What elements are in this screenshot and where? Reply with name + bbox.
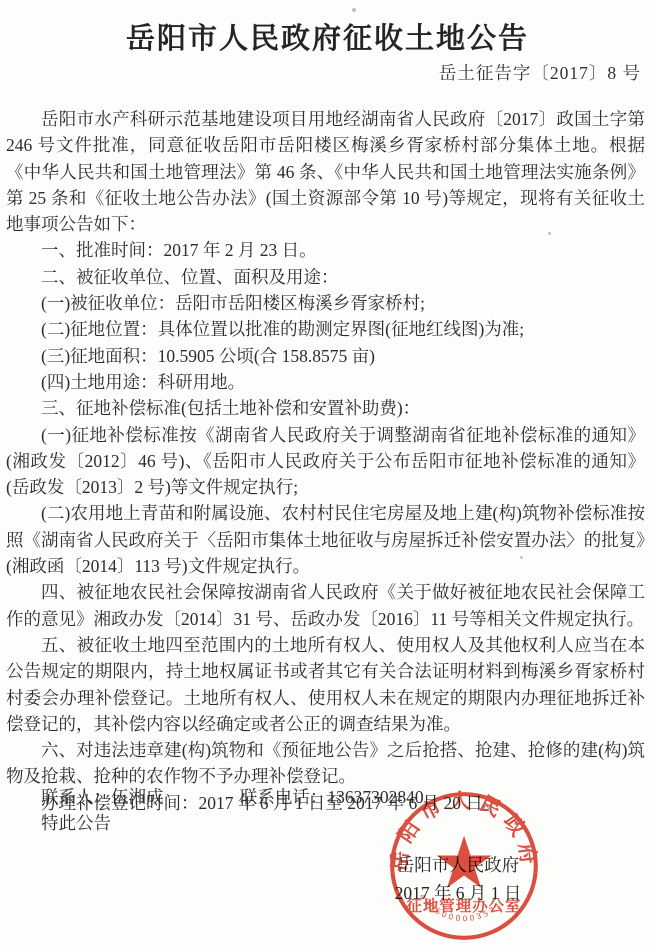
document-title: 岳阳市人民政府征收土地公告 — [0, 0, 655, 57]
body-paragraph: 岳阳市水产科研示范基地建设项目用地经湖南省人民政府〔2017〕政国土字第 246… — [6, 106, 645, 237]
document-body: 岳阳市水产科研示范基地建设项目用地经湖南省人民政府〔2017〕政国土字第 246… — [6, 106, 645, 816]
document-footer-lines: 联系人：伍湘成 联系电话：13637302840 特此公告 — [6, 784, 645, 837]
body-paragraph: 六、对违法违章建(构)筑物和《预征地公告》之后抢搭、抢建、抢修的建(构)筑物及抢… — [6, 737, 645, 790]
document-number: 岳土征告字〔2017〕8 号 — [439, 60, 641, 85]
contact-person: 联系人：伍湘成 — [41, 787, 164, 807]
body-paragraph: 三、征地补偿标准(包括土地补偿和安置补助费)： — [6, 395, 645, 421]
body-paragraph: (三)征地面积：10.5905 公顷(合 158.8575 亩) — [6, 343, 645, 369]
body-paragraph: (一)征地补偿标准按《湖南省人民政府关于调整湖南省征地补偿标准的通知》(湘政发〔… — [6, 422, 645, 501]
body-paragraph: (二)农用地上青苗和附属设施、农村村民住宅房屋及地上建(构)筑物补偿标准按照《湖… — [6, 500, 645, 579]
body-paragraph: 二、被征收单位、位置、面积及用途： — [6, 264, 645, 290]
scan-speck — [352, 8, 356, 12]
body-paragraph: 四、被征地农民社会保障按湖南省人民政府《关于做好被征地农民社会保障工作的意见》湘… — [6, 579, 645, 632]
contact-line: 联系人：伍湘成 联系电话：13637302840 — [6, 784, 645, 810]
body-paragraph: 一、批准时间：2017 年 2 月 23 日。 — [6, 237, 645, 263]
seal-star-icon: ★ — [432, 821, 496, 905]
body-paragraph: 五、被征收土地四至范围内的土地所有权人、使用权人及其他权利人应当在本公告规定的期… — [6, 632, 645, 737]
body-paragraph: (二)征地位置：具体位置以批准的勘测定界图(征地红线图)为准; — [6, 316, 645, 342]
body-paragraph: (一)被征收单位：岳阳市岳阳楼区梅溪乡胥家桥村; — [6, 290, 645, 316]
official-seal: 岳阳市人民政府 ★ 征地管理办公室 4306000003571 — [384, 786, 544, 946]
closing-text: 特此公告 — [6, 810, 645, 836]
body-paragraph: (四)土地用途：科研用地。 — [6, 369, 645, 395]
scanned-notice-page: 岳阳市人民政府征收土地公告 岳土征告字〔2017〕8 号 岳阳市水产科研示范基地… — [0, 0, 655, 946]
